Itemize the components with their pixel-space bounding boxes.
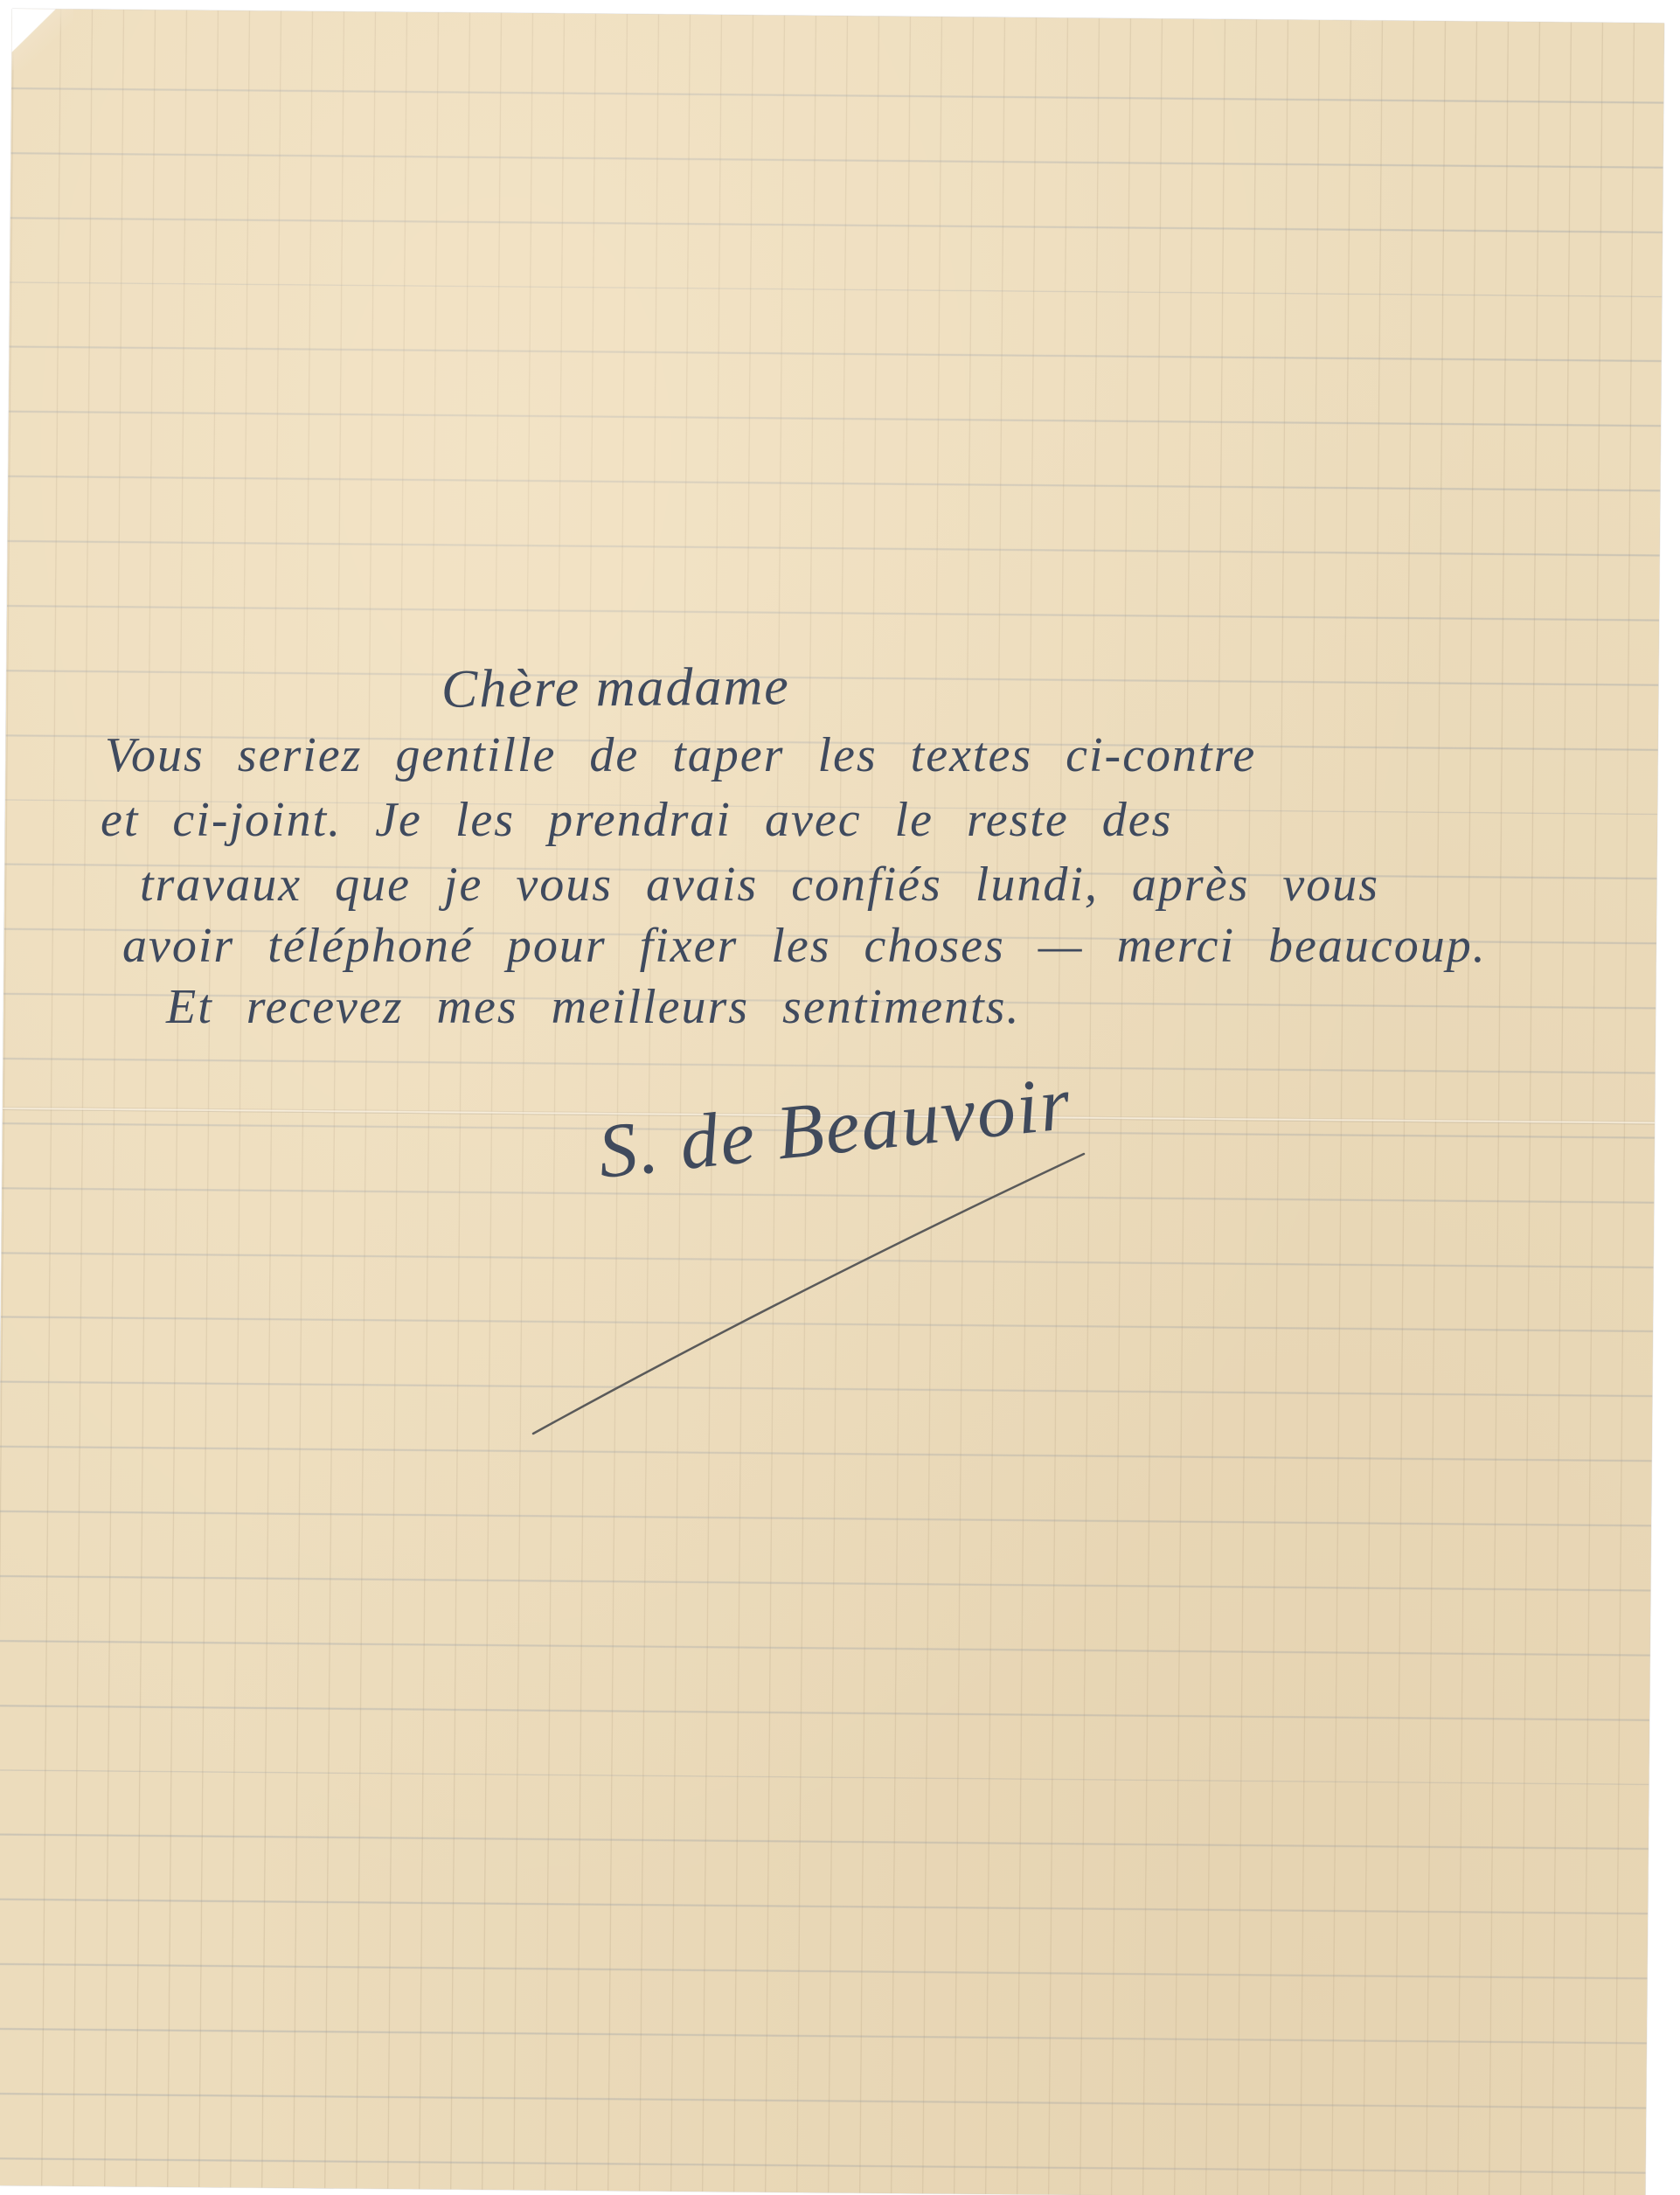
letter-body-line: avoir téléphoné pour fixer les choses — … bbox=[122, 918, 1487, 974]
folded-corner bbox=[11, 9, 73, 71]
letter-body-line: Et recevez mes meilleurs sentiments. bbox=[166, 979, 1020, 1035]
letter-body-line: travaux que je vous avais confiés lundi,… bbox=[140, 857, 1379, 913]
letter-body-line: et ci-joint. Je les prendrai avec le res… bbox=[101, 792, 1172, 848]
letter-salutation: Chère madame bbox=[441, 656, 790, 720]
letter-body-line: Vous seriez gentille de taper les textes… bbox=[105, 727, 1256, 783]
